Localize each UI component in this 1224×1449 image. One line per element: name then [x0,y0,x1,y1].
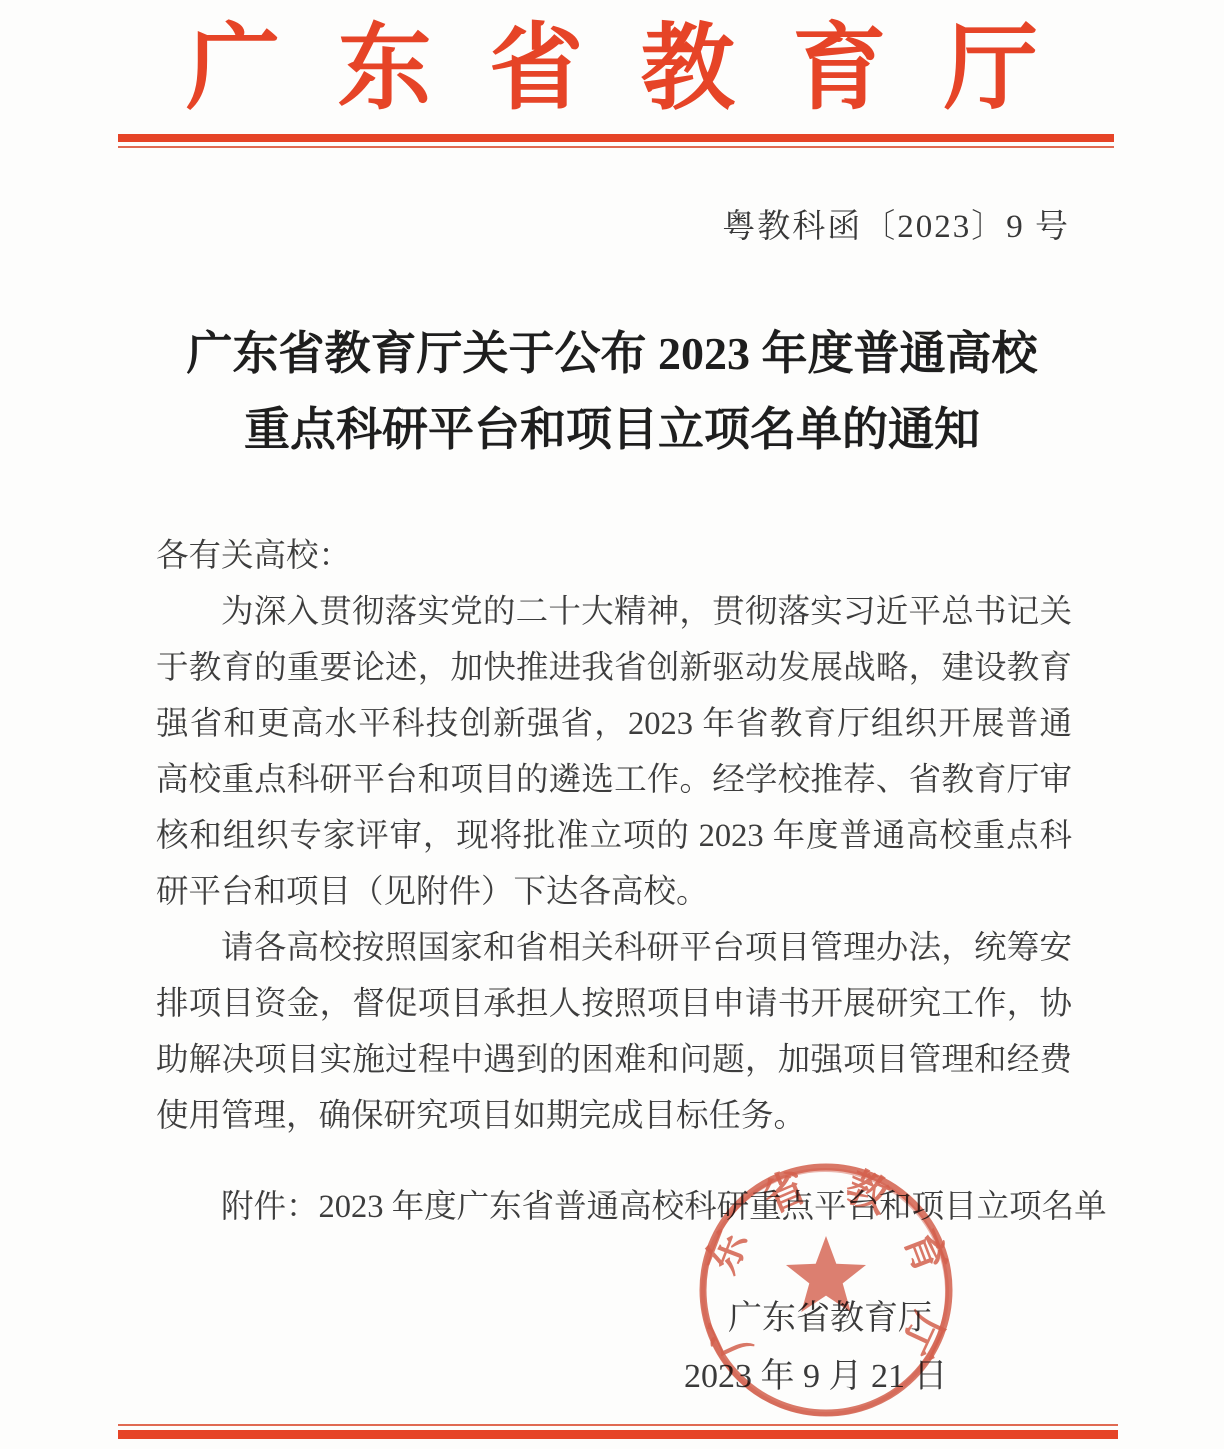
agency-char: 厅 [944,18,1038,121]
paragraph-line: 研平台和项目（见附件）下达各高校。 [156,864,1072,920]
signature-agency: 广东省教育厅 [728,1290,932,1339]
notice-title: 广东省教育厅关于公布 2023 年度普通高校 重点科研平台和项目立项名单的通知 [80,316,1144,468]
paragraph-line: 核和组织专家评审，现将批准立项的 2023 年度普通高校重点科 [156,808,1072,864]
agency-char: 东 [338,18,432,121]
red-separator-top-thick [118,134,1114,142]
notice-body: 各有关高校： 为深入贯彻落实党的二十大精神，贯彻落实习近平总书记关 于教育的重要… [156,528,1072,1144]
seal-arc-char: 东 [698,1224,757,1280]
attachment-line: 附件：2023 年度广东省普通高校科研重点平台和项目立项名单 [156,1182,1136,1232]
paragraph-line: 为深入贯彻落实党的二十大精神，贯彻落实习近平总书记关 [156,584,1072,640]
notice-title-line1: 广东省教育厅关于公布 2023 年度普通高校 [80,316,1144,392]
signature-date: 2023 年 9 月 21 日 [684,1348,948,1397]
paragraph-line: 请各高校按照国家和省相关科研平台项目管理办法，统筹安 [156,920,1072,976]
seal-arc-char: 育 [895,1224,954,1280]
agency-char: 教 [641,18,735,121]
agency-char: 广 [186,18,280,121]
agency-char: 省 [489,18,583,121]
paragraph-line: 排项目资金，督促项目承担人按照项目申请书开展研究工作，协 [156,976,1072,1032]
paragraph-line: 高校重点科研平台和项目的遴选工作。经学校推荐、省教育厅审 [156,752,1072,808]
salutation: 各有关高校： [156,528,1072,584]
red-separator-top-thin [118,146,1114,148]
paragraph-line: 助解决项目实施过程中遇到的困难和问题，加强项目管理和经费 [156,1032,1072,1088]
red-separator-bottom-thin [118,1424,1118,1426]
red-separator-bottom-thick [118,1430,1118,1439]
paragraph-line: 使用管理，确保研究项目如期完成目标任务。 [156,1088,1072,1144]
paragraph-line: 于教育的重要论述，加快推进我省创新驱动发展战略，建设教育 [156,640,1072,696]
paragraph-line: 强省和更高水平科技创新强省，2023 年省教育厅组织开展普通 [156,696,1072,752]
document-number: 粤教科函〔2023〕9 号 [156,200,1070,247]
notice-title-line2: 重点科研平台和项目立项名单的通知 [80,392,1144,468]
agency-char: 育 [792,18,886,121]
document-page: 广 东 省 教 育 厅 粤教科函〔2023〕9 号 广东省教育厅关于公布 202… [0,0,1224,1449]
agency-letterhead: 广 东 省 教 育 厅 [186,18,1038,121]
